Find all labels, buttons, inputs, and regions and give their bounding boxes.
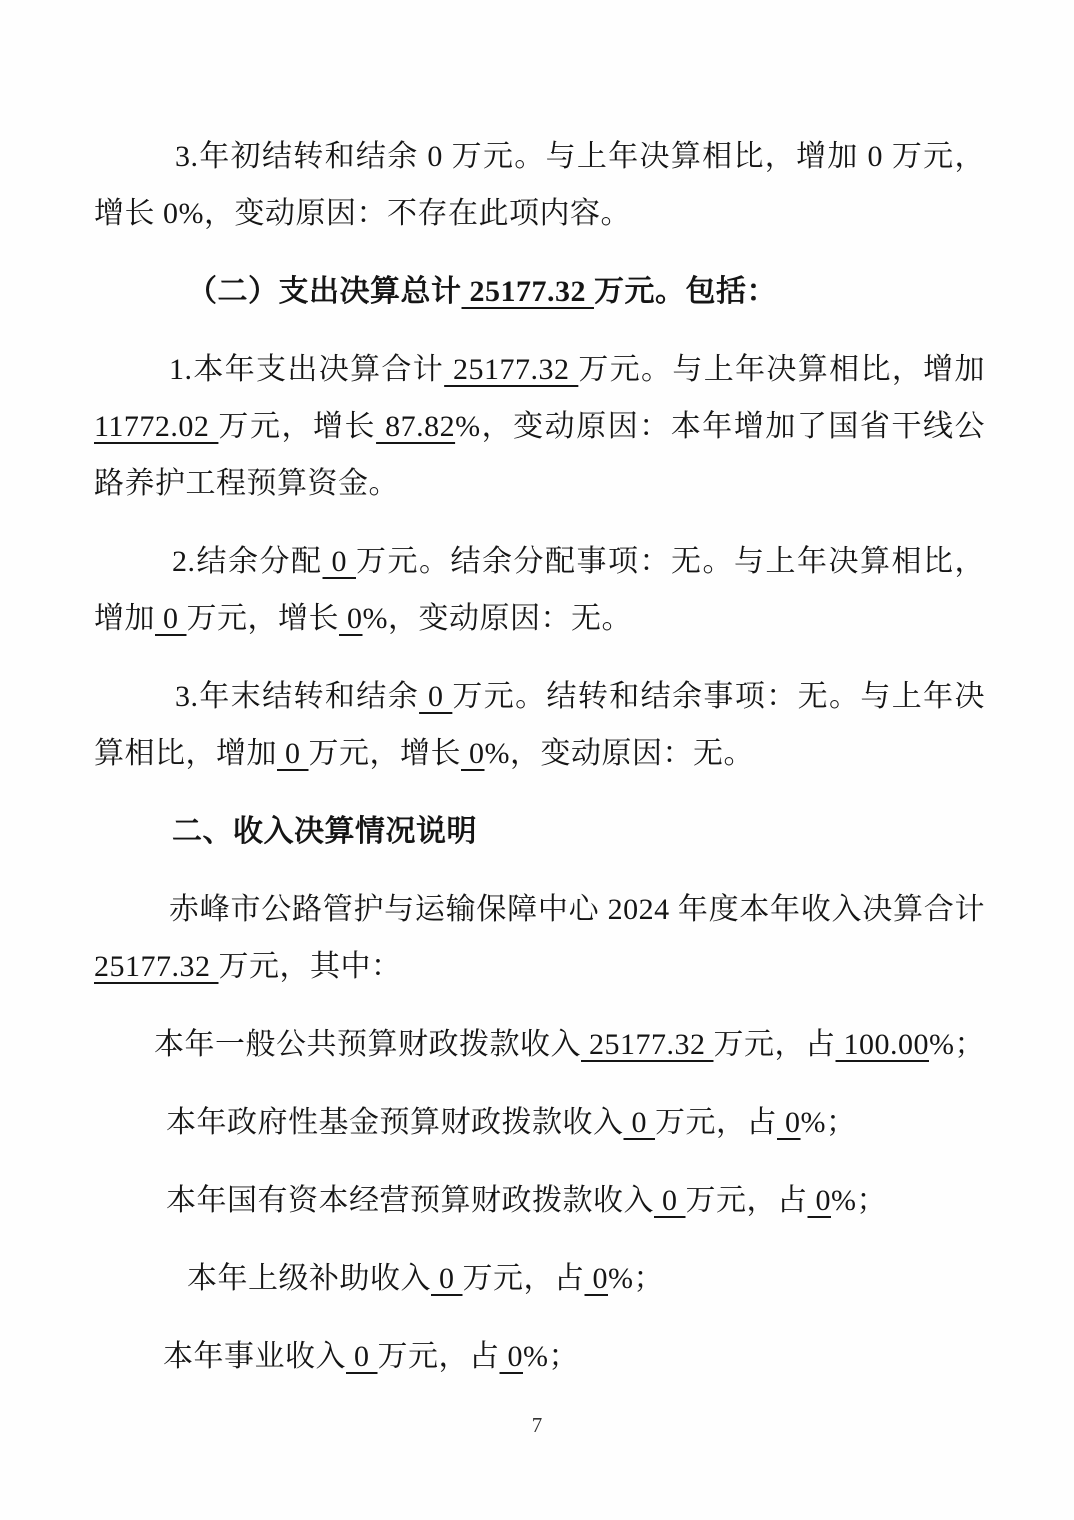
- para-yearend-carryover: 3.年末结转和结余 0 万元。结转和结余事项：无。与上年决算相比，增加 0 万元…: [94, 668, 985, 782]
- text-run: 3.年末结转和结余: [175, 680, 419, 713]
- text-run: 万元，其中：: [219, 950, 402, 983]
- underlined-value: 25177.32: [581, 1028, 714, 1061]
- text-run: %；: [523, 1340, 579, 1373]
- text-run: （二）支出决算总计: [187, 275, 462, 308]
- underlined-value: 0: [654, 1184, 686, 1217]
- para-surplus-distribution: 2.结余分配 0 万元。结余分配事项：无。与上年决算相比，增加 0 万元，增长 …: [94, 533, 985, 647]
- para-state-capital-income: 本年国有资本经营预算财政拨款收入 0 万元，占 0%；: [94, 1172, 985, 1229]
- text-run: 万元，增长: [218, 410, 376, 443]
- text-run: 万元，占: [714, 1028, 836, 1061]
- page-number: 7: [0, 1412, 1074, 1438]
- underlined-value: 0: [346, 1340, 378, 1373]
- text-run: 万元，占: [378, 1340, 500, 1373]
- para-gov-fund-income: 本年政府性基金预算财政拨款收入 0 万元，占 0%；: [94, 1094, 985, 1151]
- underlined-value: 25177.32: [444, 353, 578, 386]
- heading-income-statement: 二、收入决算情况说明: [94, 803, 985, 860]
- underlined-value: 25177.32: [94, 950, 219, 983]
- underlined-value: 0: [431, 1262, 463, 1295]
- text-run: 2.结余分配: [172, 545, 323, 578]
- underlined-value: 100.00: [836, 1028, 930, 1061]
- underlined-value: 0: [585, 1262, 609, 1295]
- text-run: %；: [608, 1262, 664, 1295]
- text-run: 本年一般公共预算财政拨款收入: [154, 1028, 581, 1061]
- underlined-value: 0: [808, 1184, 832, 1217]
- para-income-total: 赤峰市公路管护与运输保障中心 2024 年度本年收入决算合计 25177.32 …: [94, 881, 985, 995]
- para-superior-subsidy-income: 本年上级补助收入 0 万元，占 0%；: [94, 1250, 985, 1307]
- underlined-value: 0: [500, 1340, 524, 1373]
- underlined-value: 0: [155, 602, 187, 635]
- para-business-income: 本年事业收入 0 万元，占 0%；: [94, 1328, 985, 1385]
- underlined-value: 25177.32: [462, 275, 595, 308]
- text-run: 本年国有资本经营预算财政拨款收入: [166, 1184, 654, 1217]
- text-run: %；: [831, 1184, 887, 1217]
- para-expenditure-total: 1.本年支出决算合计 25177.32 万元。与上年决算相比，增加 11772.…: [94, 341, 985, 512]
- underlined-value: 0: [777, 1106, 801, 1139]
- underlined-value: 87.82: [376, 410, 455, 443]
- text-run: 本年上级补助收入: [187, 1262, 431, 1295]
- document-page: 3.年初结转和结余 0 万元。与上年决算相比，增加 0 万元，增长 0%，变动原…: [0, 0, 1074, 1520]
- text-run: 二、收入决算情况说明: [172, 815, 477, 848]
- text-run: 万元。包括：: [594, 275, 777, 308]
- text-run: 赤峰市公路管护与运输保障中心 2024 年度本年收入决算合计: [169, 893, 985, 926]
- text-run: %；: [929, 1028, 985, 1061]
- underlined-value: 0: [277, 737, 309, 770]
- text-run: 万元。与上年决算相比，增加: [578, 353, 985, 386]
- para-year-begin-carryover: 3.年初结转和结余 0 万元。与上年决算相比，增加 0 万元，增长 0%，变动原…: [94, 128, 985, 242]
- heading-expenditure-total: （二）支出决算总计 25177.32 万元。包括：: [94, 263, 985, 320]
- text-run: 本年政府性基金预算财政拨款收入: [166, 1106, 624, 1139]
- text-run: 万元，增长: [187, 602, 340, 635]
- underlined-value: 0: [461, 737, 485, 770]
- text-run: 万元，占: [655, 1106, 777, 1139]
- text-run: %，变动原因：无。: [363, 602, 633, 635]
- underlined-value: 0: [419, 680, 452, 713]
- text-run: %；: [801, 1106, 857, 1139]
- underlined-value: 0: [624, 1106, 656, 1139]
- underlined-value: 11772.02: [94, 410, 218, 443]
- text-run: 3.年初结转和结余 0 万元。与上年决算相比，增加 0 万元，增长 0%，变动原…: [94, 140, 985, 230]
- underlined-value: 0: [323, 545, 357, 578]
- text-run: 万元，占: [686, 1184, 808, 1217]
- text-run: 万元，增长: [309, 737, 462, 770]
- para-general-budget-income: 本年一般公共预算财政拨款收入 25177.32 万元，占 100.00%；: [94, 1016, 985, 1073]
- text-run: 1.本年支出决算合计: [169, 353, 444, 386]
- text-run: %，变动原因：无。: [485, 737, 755, 770]
- text-run: 本年事业收入: [163, 1340, 346, 1373]
- underlined-value: 0: [339, 602, 363, 635]
- text-run: 万元，占: [463, 1262, 585, 1295]
